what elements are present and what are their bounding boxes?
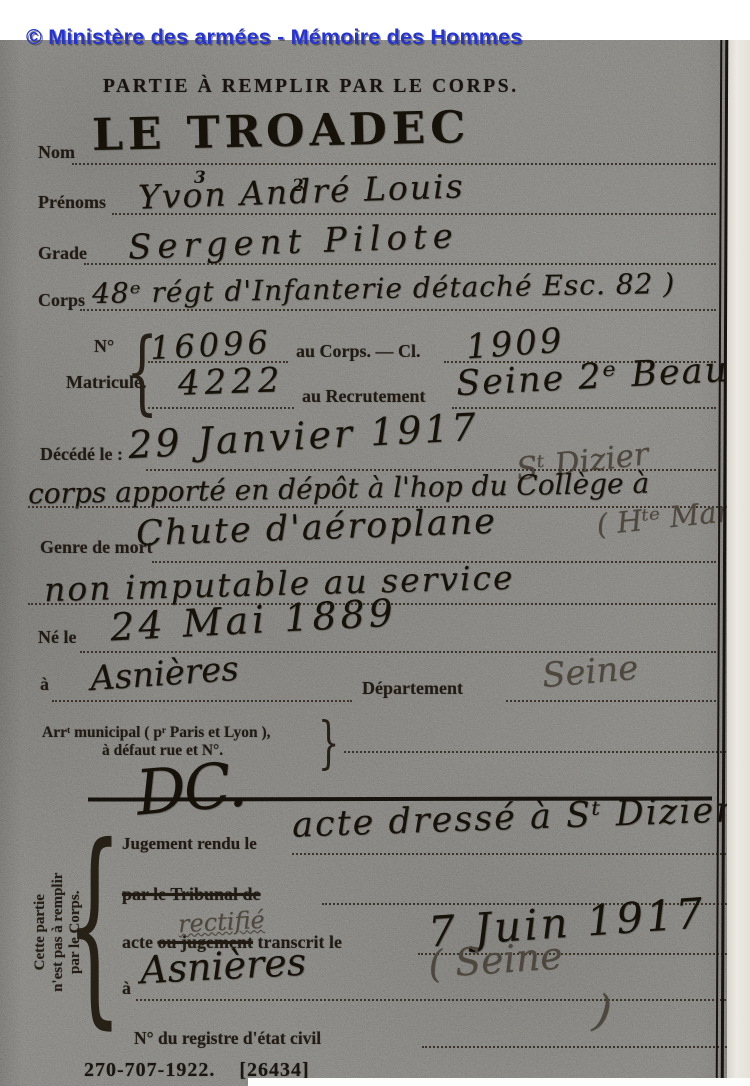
label-departement: Département [362, 678, 463, 699]
label-prenoms: Prénoms [38, 192, 106, 213]
scan-margin-bottom [248, 1078, 750, 1086]
dotted-line-registre [422, 1043, 730, 1048]
label-ne-le: Né le [38, 627, 76, 648]
dotted-line-departement [506, 697, 716, 702]
value-nom: LE TROADEC [92, 102, 471, 161]
dotted-line-ville [52, 697, 352, 702]
dotted-line-arrondissement [344, 748, 730, 753]
dotted-line-nom [72, 160, 716, 165]
value-departement-naissance: Seine [540, 648, 639, 696]
etat-civil-brace: { [66, 820, 123, 1028]
margin-note-line2: n'est pas à remplir [49, 812, 67, 1052]
dotted-line-matricule-recrutement [148, 404, 294, 409]
label-a-transcription: à [122, 978, 131, 999]
label-decede-le: Décédé le : [40, 444, 123, 465]
watermark: © Ministère des armées - Mémoire des Hom… [26, 25, 522, 50]
label-numero: N° [94, 336, 114, 357]
margin-note-line1: Cette partie [32, 812, 50, 1052]
label-grade: Grade [38, 243, 87, 264]
label-arrondissement-1: Arrᵗ municipal ( pʳ Paris et Lyon ), [42, 724, 271, 742]
label-au-corps-classe: au Corps. — Cl. [296, 341, 421, 362]
label-au-recrutement: au Recrutement [302, 386, 425, 407]
prenoms-order-sup-1: 3 [194, 168, 206, 188]
label-registre: N° du registre d'état civil [134, 1028, 321, 1049]
label-corps: Corps [38, 290, 85, 311]
arrondissement-brace: } [318, 716, 339, 772]
mention-dc: DC. [133, 747, 248, 829]
page-edge [727, 40, 750, 1086]
label-tribunal-struck: par le Tribunal de [122, 884, 261, 905]
value-matricule-recrutement: 4222 [177, 360, 285, 404]
value-departement-transcription: ( Seine [427, 933, 564, 986]
label-jugement-rendu-le: Jugement rendu le [122, 834, 257, 854]
label-nom: Nom [38, 142, 75, 163]
value-ville-transcription: Asnières [139, 940, 307, 993]
label-a-naissance: à [40, 674, 49, 695]
dotted-line-jugement [292, 850, 730, 855]
prenoms-order-sup-2: 2 [292, 176, 304, 196]
page-title: PARTIE À REMPLIR PAR LE CORPS. [103, 76, 519, 98]
dotted-line-bureau [452, 404, 716, 409]
scanned-military-record: © Ministère des armées - Mémoire des Hom… [0, 0, 750, 1086]
dotted-line-ville-transcription [136, 996, 730, 1001]
